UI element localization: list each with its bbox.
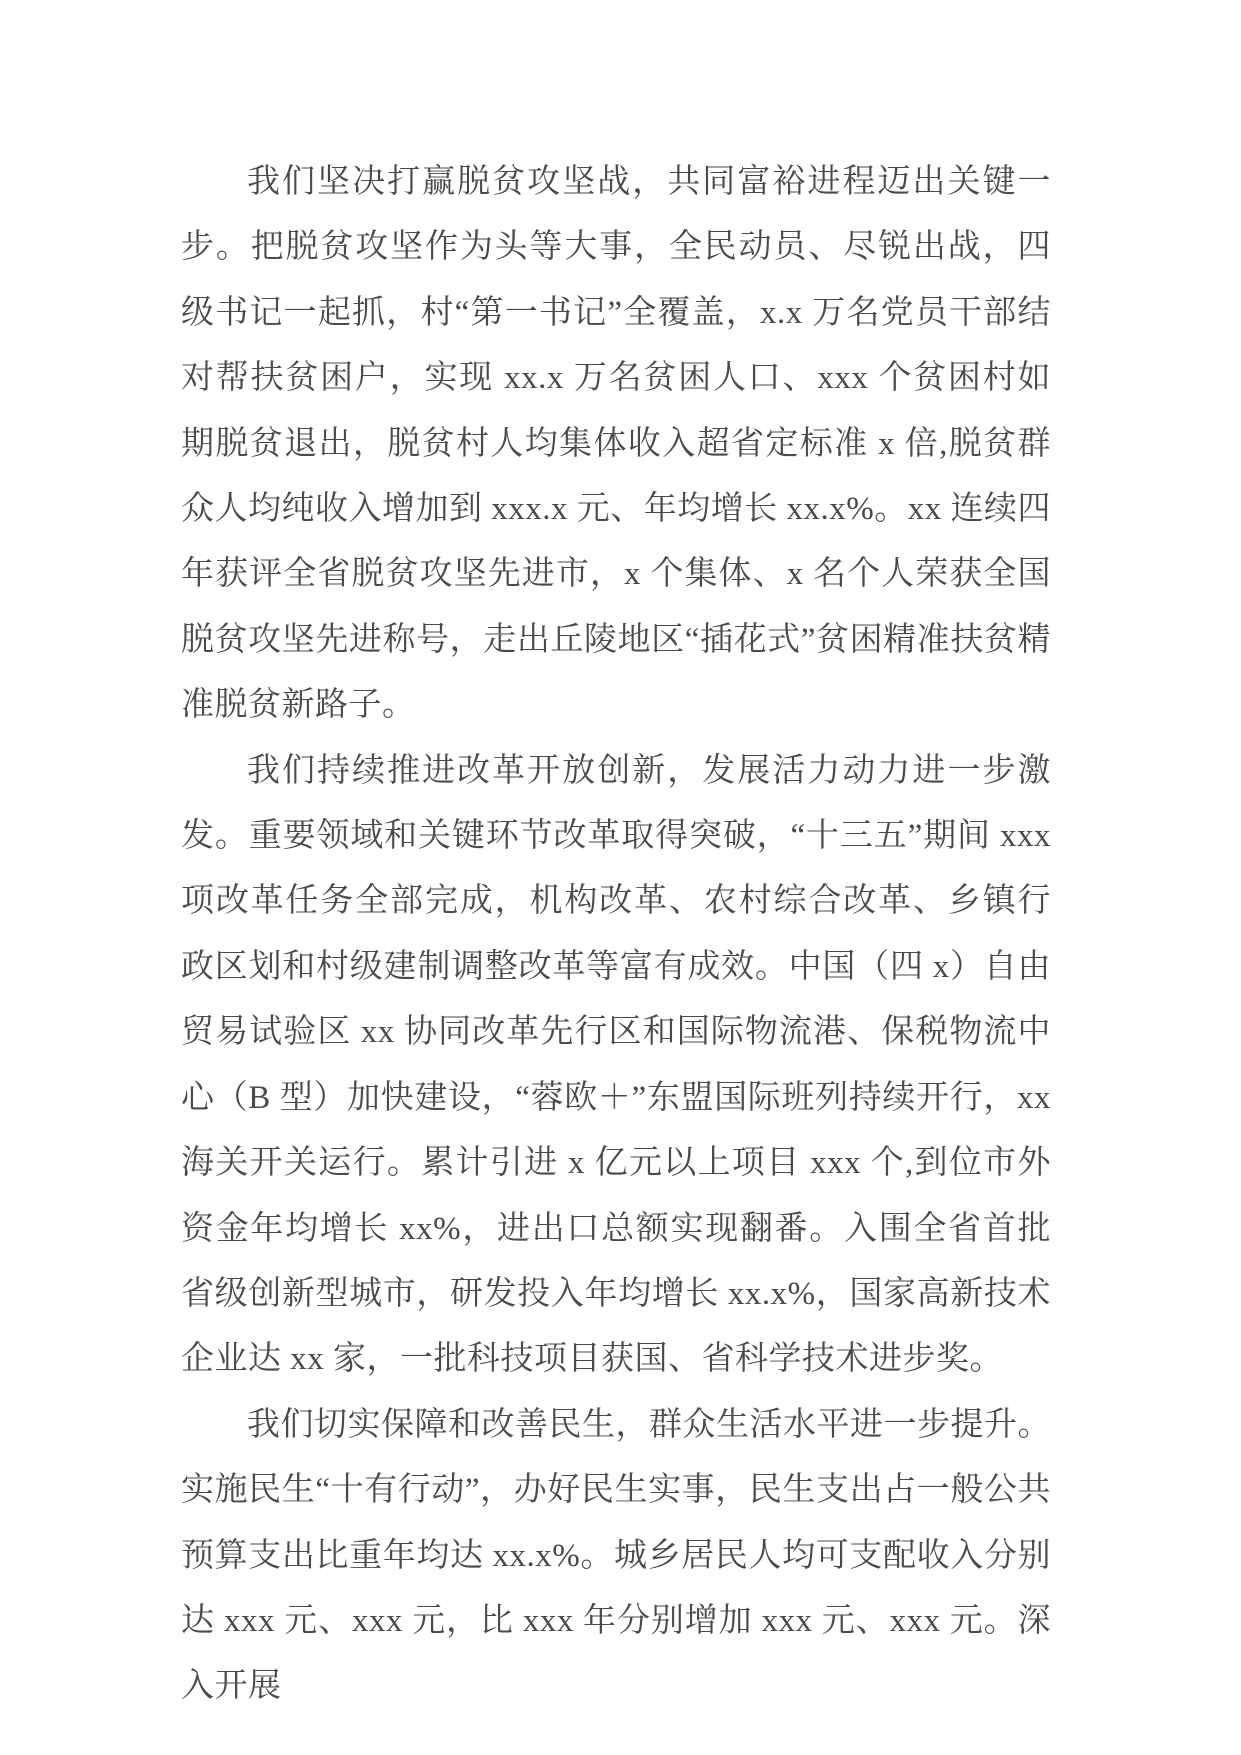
paragraph-livelihood-improvement: 我们切实保障和改善民生，群众生活水平进一步提升。实施民生“十有行动”，办好民生实…: [181, 1393, 1051, 1720]
document-page: 我们坚决打赢脱贫攻坚战，共同富裕进程迈出关键一步。把脱贫攻坚作为头等大事，全民动…: [0, 0, 1241, 1755]
paragraph-poverty-alleviation: 我们坚决打赢脱贫攻坚战，共同富裕进程迈出关键一步。把脱贫攻坚作为头等大事，全民动…: [181, 150, 1051, 739]
paragraph-reform-opening-innovation: 我们持续推进改革开放创新，发展活力动力进一步激发。重要领域和关键环节改革取得突破…: [181, 739, 1051, 1393]
